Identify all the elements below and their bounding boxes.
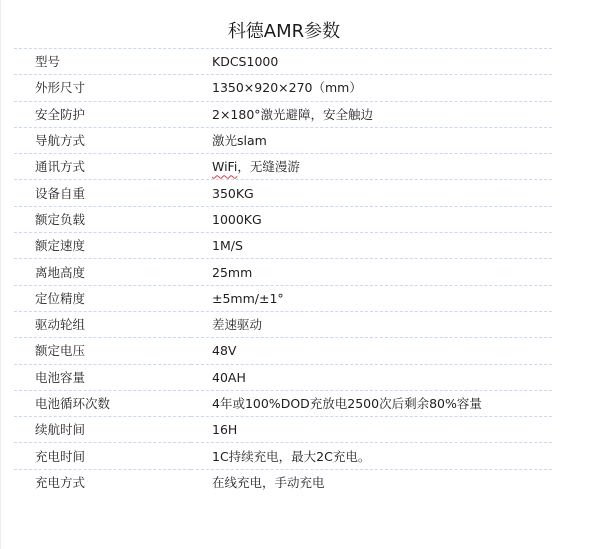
- spec-value: 1000KG: [191, 206, 552, 232]
- table-row: 额定负载 1000KG: [14, 206, 552, 232]
- spec-label: 额定负载: [14, 206, 191, 232]
- table-row: 设备自重 350KG: [14, 180, 552, 206]
- spec-value: ±5mm/±1°: [191, 285, 552, 311]
- table-row: 驱动轮组 差速驱动: [14, 311, 552, 337]
- spec-value: WiFi，无缝漫游: [191, 154, 552, 180]
- table-row: 额定速度 1M/S: [14, 233, 552, 259]
- table-row: 导航方式 激光slam: [14, 127, 552, 153]
- spec-value: KDCS1000: [191, 49, 552, 75]
- spec-label: 充电时间: [14, 443, 191, 469]
- table-row: 定位精度 ±5mm/±1°: [14, 285, 552, 311]
- table-row: 额定电压 48V: [14, 338, 552, 364]
- spec-label: 定位精度: [14, 285, 191, 311]
- spec-label: 电池循环次数: [14, 390, 191, 416]
- table-row: 型号 KDCS1000: [14, 49, 552, 75]
- spec-value: 4年或100%DOD充放电2500次后剩余80%容量: [191, 390, 552, 416]
- spec-value: 48V: [191, 338, 552, 364]
- table-row: 安全防护 2×180°激光避障，安全触边: [14, 101, 552, 127]
- document-title: 科德AMR参数: [1, 20, 567, 44]
- spec-value: 40AH: [191, 364, 552, 390]
- table-row: 充电时间 1C持续充电，最大2C充电。: [14, 443, 552, 469]
- table-row: 外形尺寸 1350×920×270（mm）: [14, 75, 552, 101]
- spec-label: 驱动轮组: [14, 311, 191, 337]
- table-row: 电池循环次数 4年或100%DOD充放电2500次后剩余80%容量: [14, 390, 552, 416]
- spec-value: 2×180°激光避障，安全触边: [191, 101, 552, 127]
- spec-value-rest: ，无缝漫游: [237, 159, 300, 174]
- spellcheck-flagged-word[interactable]: WiFi: [212, 159, 237, 174]
- table-row: 续航时间 16H: [14, 417, 552, 443]
- table-row: 充电方式 在线充电，手动充电: [14, 469, 552, 495]
- spec-label: 充电方式: [14, 469, 191, 495]
- spec-label: 通讯方式: [14, 154, 191, 180]
- table-row: 电池容量 40AH: [14, 364, 552, 390]
- spec-label: 导航方式: [14, 127, 191, 153]
- spec-label: 额定电压: [14, 338, 191, 364]
- table-row: 通讯方式 WiFi，无缝漫游: [14, 154, 552, 180]
- spec-value: 差速驱动: [191, 311, 552, 337]
- spec-value: 1C持续充电，最大2C充电。: [191, 443, 552, 469]
- spec-value: 在线充电，手动充电: [191, 469, 552, 495]
- spec-value: 350KG: [191, 180, 552, 206]
- spec-label: 续航时间: [14, 417, 191, 443]
- spec-label: 型号: [14, 49, 191, 75]
- table-row: 离地高度 25mm: [14, 259, 552, 285]
- spec-value: 16H: [191, 417, 552, 443]
- spec-label: 电池容量: [14, 364, 191, 390]
- document-page: 科德AMR参数 型号 KDCS1000 外形尺寸 1350×920×270（mm…: [0, 0, 600, 549]
- spec-label: 额定速度: [14, 233, 191, 259]
- spec-value: 激光slam: [191, 127, 552, 153]
- spec-label: 设备自重: [14, 180, 191, 206]
- spec-label: 外形尺寸: [14, 75, 191, 101]
- spec-value: 25mm: [191, 259, 552, 285]
- spec-value: 1M/S: [191, 233, 552, 259]
- spec-label: 安全防护: [14, 101, 191, 127]
- spec-label: 离地高度: [14, 259, 191, 285]
- spec-table: 型号 KDCS1000 外形尺寸 1350×920×270（mm） 安全防护 2…: [14, 48, 552, 496]
- spec-value: 1350×920×270（mm）: [191, 75, 552, 101]
